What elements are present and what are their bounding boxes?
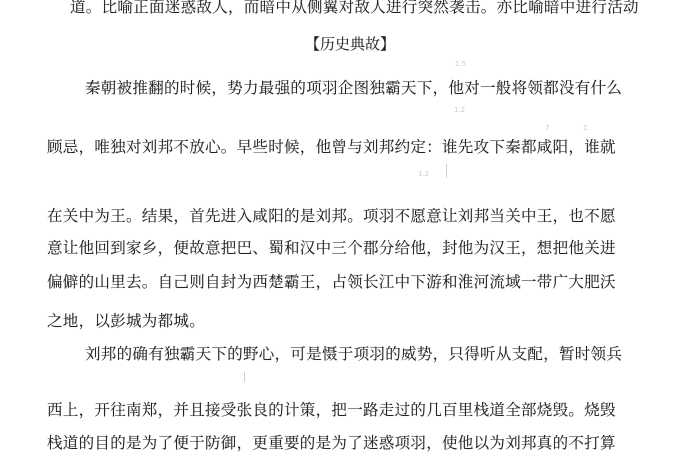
scan-artifact-mark: 1.2 [418, 170, 429, 178]
paragraph-2-line-3: 栈道的目的是为了便于防御，更重要的是为了迷惑项羽，使他以为刘邦真的不打算 [47, 433, 616, 453]
document-top-line: 道。比喻正面迷惑敌人，而暗中从侧翼对敌人进行突然袭击。亦比喻暗中进行活动 [70, 0, 639, 17]
paragraph-1-line-3: 在关中为王。结果，首先进入咸阳的是刘邦。项羽不愿意让刘邦当关中王，也不愿 [47, 206, 616, 226]
paragraph-2-line-2: 西上，开往南郑，并且接受张良的计策，把一路走过的几百里栈道全部烧毁。烧毁 [47, 400, 616, 420]
paragraph-1-line-1: 秦朝被推翻的时候，势力最强的项羽企图独霸天下，他对一般将领都没有什么 [85, 78, 622, 98]
scan-artifact-mark: 1.2 [454, 106, 465, 114]
paragraph-1-line-5: 偏僻的山里去。自己则自封为西楚霸王，占领长江中下游和淮河流域一带广大肥沃 [47, 272, 616, 292]
paragraph-1-line-6: 之地，以彭城为都城。 [47, 311, 205, 331]
scan-artifact-mark: 1 [583, 124, 587, 132]
scan-artifact-mark: 1.5 [455, 60, 466, 68]
scan-artifact-bar [244, 372, 245, 382]
paragraph-2-line-1: 刘邦的确有独霸天下的野心，可是慑于项羽的威势，只得听从支配，暂时领兵 [85, 344, 622, 364]
document-page: 道。比喻正面迷惑敌人，而暗中从侧翼对敌人进行突然袭击。亦比喻暗中进行活动 【历史… [0, 0, 700, 470]
section-heading: 【历史典故】 [0, 34, 700, 54]
scan-artifact-mark: 7 [545, 124, 549, 132]
paragraph-1-line-4: 意让他回到家乡，便故意把巴、蜀和汉中三个郡分给他，封他为汉王，想把他关进 [47, 238, 616, 258]
scan-artifact-bar [446, 164, 447, 178]
paragraph-1-line-2: 顾忌，唯独对刘邦不放心。早些时候，他曾与刘邦约定：谁先攻下秦都咸阳，谁就 [47, 137, 616, 157]
